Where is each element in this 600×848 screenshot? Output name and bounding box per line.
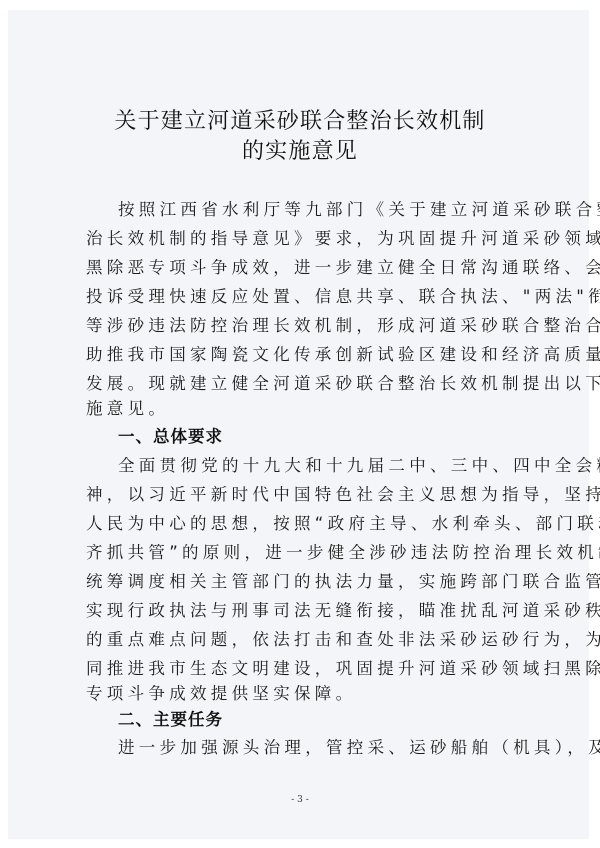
section1-line: 全面贯彻党的十九大和十九届二中、三中、四中全会精 [118, 455, 558, 477]
section1-line: 神，以习近平新时代中国特色社会主义思想为指导，坚持以 [86, 484, 526, 506]
section1-line: 的重点难点问题，依法打击和查处非法采砂运砂行为，为共 [86, 629, 526, 651]
intro-line: 按照江西省水利厅等九部门《关于建立河道采砂联合整 [118, 199, 558, 221]
section-heading-main-tasks: 二、主要任务 [118, 709, 223, 731]
intro-line: 助推我市国家陶瓷文化传承创新试验区建设和经济高质量 [86, 344, 526, 366]
page-number: - 3 - [0, 795, 600, 805]
intro-line: 等涉砂违法防控治理长效机制，形成河道采砂联合整治合力， [86, 315, 526, 337]
section1-line: 专项斗争成效提供坚实保障。 [86, 683, 526, 705]
section1-line: 实现行政执法与刑事司法无缝衔接，瞄准扰乱河道采砂秩序 [86, 600, 526, 622]
intro-line: 发展。现就建立健全河道采砂联合整治长效机制提出以下实 [86, 373, 526, 395]
intro-line: 投诉受理快速反应处置、信息共享、联合执法、"两法"衔接 [86, 286, 526, 308]
intro-line: 黑除恶专项斗争成效，进一步建立健全日常沟通联络、会商、 [86, 257, 526, 279]
document-title-line-2: 的实施意见 [0, 137, 600, 167]
intro-line: 施意见。 [86, 398, 526, 420]
section-heading-overall-requirements: 一、总体要求 [118, 426, 223, 448]
section1-line: 统筹调度相关主管部门的执法力量，实施跨部门联合监管， [86, 571, 526, 593]
section1-line: 人民为中心的思想，按照“政府主导、水利牵头、部门联动、 [86, 513, 526, 535]
document-title-line-1: 关于建立河道采砂联合整治长效机制 [0, 107, 600, 137]
section1-line: 齐抓共管”的原则，进一步健全涉砂违法防控治理长效机制， [86, 542, 526, 564]
section2-line: 进一步加强源头治理，管控采、运砂船舶（机具），及 [118, 737, 558, 759]
intro-line: 治长效机制的指导意见》要求，为巩固提升河道采砂领域扫 [86, 228, 526, 250]
section1-line: 同推进我市生态文明建设，巩固提升河道采砂领域扫黑除恶 [86, 658, 526, 680]
